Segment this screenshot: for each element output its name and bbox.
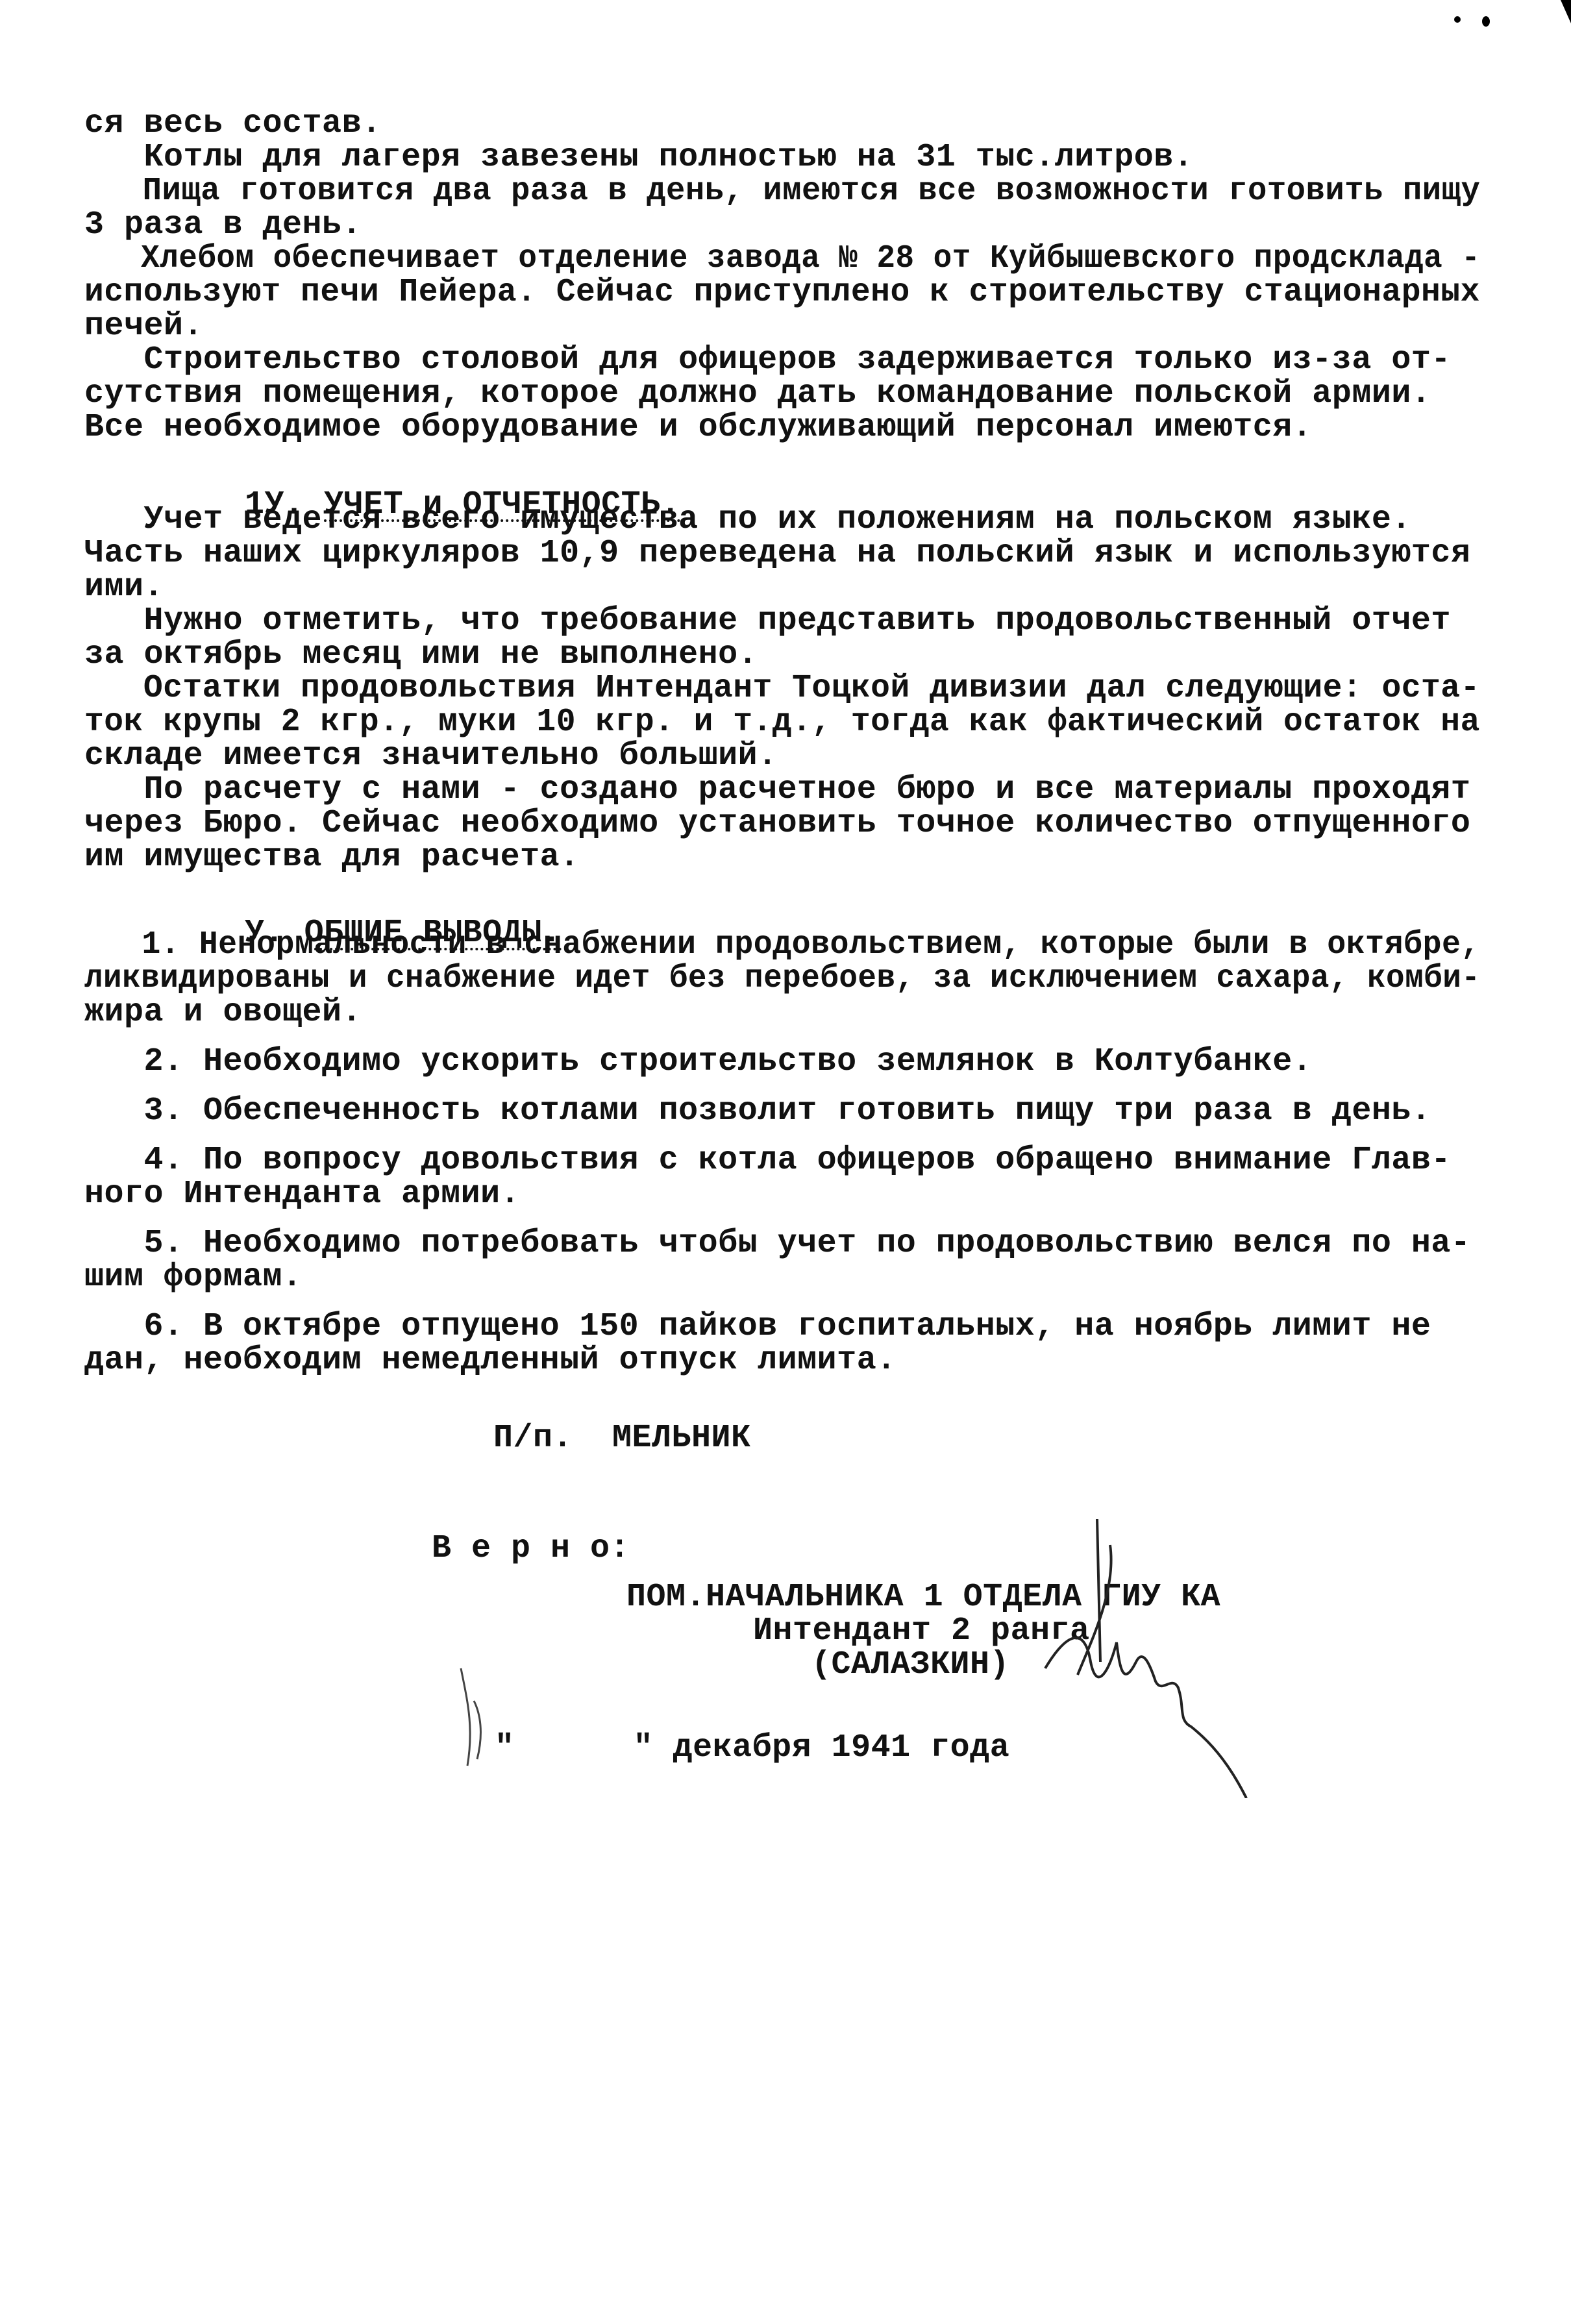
conclusion-item-line: ликвидированы и снабжение идет без переб… (84, 962, 1480, 996)
text-line: Котлы для лагеря завезены полностью на 3… (84, 141, 1193, 175)
text-line: Пища готовится два раза в день, имеются … (84, 175, 1480, 208)
text-line: ся весь состав. (84, 107, 382, 141)
text-line: Остатки продовольствия Интендант Тоцкой … (84, 672, 1480, 706)
text-line: Все необходимое оборудование и обслужива… (84, 411, 1312, 445)
conclusion-item-line: дан, необходим немедленный отпуск лимита… (84, 1344, 897, 1378)
certified-true-label: В е р н о: (432, 1532, 630, 1566)
conclusion-item-line: 3. Обеспеченность котлами позволит готов… (84, 1094, 1431, 1128)
document-date: " " декабря 1941 года (415, 1698, 1009, 1799)
conclusion-item-line: жира и овощей. (84, 996, 362, 1030)
conclusion-item-line: 4. По вопросу довольствия с котла офицер… (84, 1144, 1451, 1178)
text-line: ток крупы 2 кгр., муки 10 кгр. и т.д., т… (84, 706, 1480, 739)
conclusion-item-line: 1. Ненормальности в снабжении продовольс… (84, 928, 1480, 962)
conclusion-item-line: шим формам. (84, 1261, 303, 1294)
text-line: Нужно отметить, что требование представи… (84, 604, 1451, 638)
conclusion-item-line: 6. В октябре отпущено 150 пайков госпита… (84, 1310, 1431, 1344)
text-line: ими. (84, 571, 164, 604)
text-line: складе имеется значительно больший. (84, 739, 778, 773)
date-month-year: декабря 1941 года (673, 1729, 1010, 1766)
text-line: используют печи Пейера. Сейчас приступле… (84, 276, 1480, 310)
text-line: Часть наших циркуляров 10,9 переведена н… (84, 537, 1470, 571)
text-line: печей. (84, 310, 203, 343)
conclusion-item-line: 5. Необходимо потребовать чтобы учет по … (84, 1227, 1470, 1261)
original-signed: П/п. МЕЛЬНИК (493, 1422, 751, 1455)
text-line: сутствия помещения, которое должно дать … (84, 377, 1431, 411)
document-page: ся весь состав. Котлы для лагеря завезен… (0, 0, 1571, 2324)
text-line: Хлебом обеспечивает отделение завода № 2… (84, 242, 1480, 276)
text-line: По расчету с нами - создано расчетное бю… (84, 773, 1470, 807)
scan-artifact (1558, 0, 1571, 23)
date-quote: " (634, 1729, 654, 1766)
conclusion-item-line: 2. Необходимо ускорить строительство зем… (84, 1045, 1312, 1079)
scan-speck (1482, 16, 1490, 27)
text-line: Учет ведется всего имущества по их полож… (84, 503, 1411, 537)
handwritten-signature (1013, 1513, 1259, 1798)
scan-speck (1454, 16, 1461, 23)
text-line: за октябрь месяц ими не выполнено. (84, 638, 758, 672)
handwritten-day-mark (448, 1662, 500, 1772)
text-line: Строительство столовой для офицеров заде… (84, 343, 1451, 377)
conclusion-item-line: ного Интенданта армии. (84, 1178, 520, 1211)
text-line: через Бюро. Сейчас необходимо установить… (84, 807, 1470, 841)
text-line: 3 раза в день. (84, 208, 362, 242)
text-line: им имущества для расчета. (84, 841, 580, 874)
certifier-name: (САЛАЗКИН) (811, 1648, 1009, 1682)
